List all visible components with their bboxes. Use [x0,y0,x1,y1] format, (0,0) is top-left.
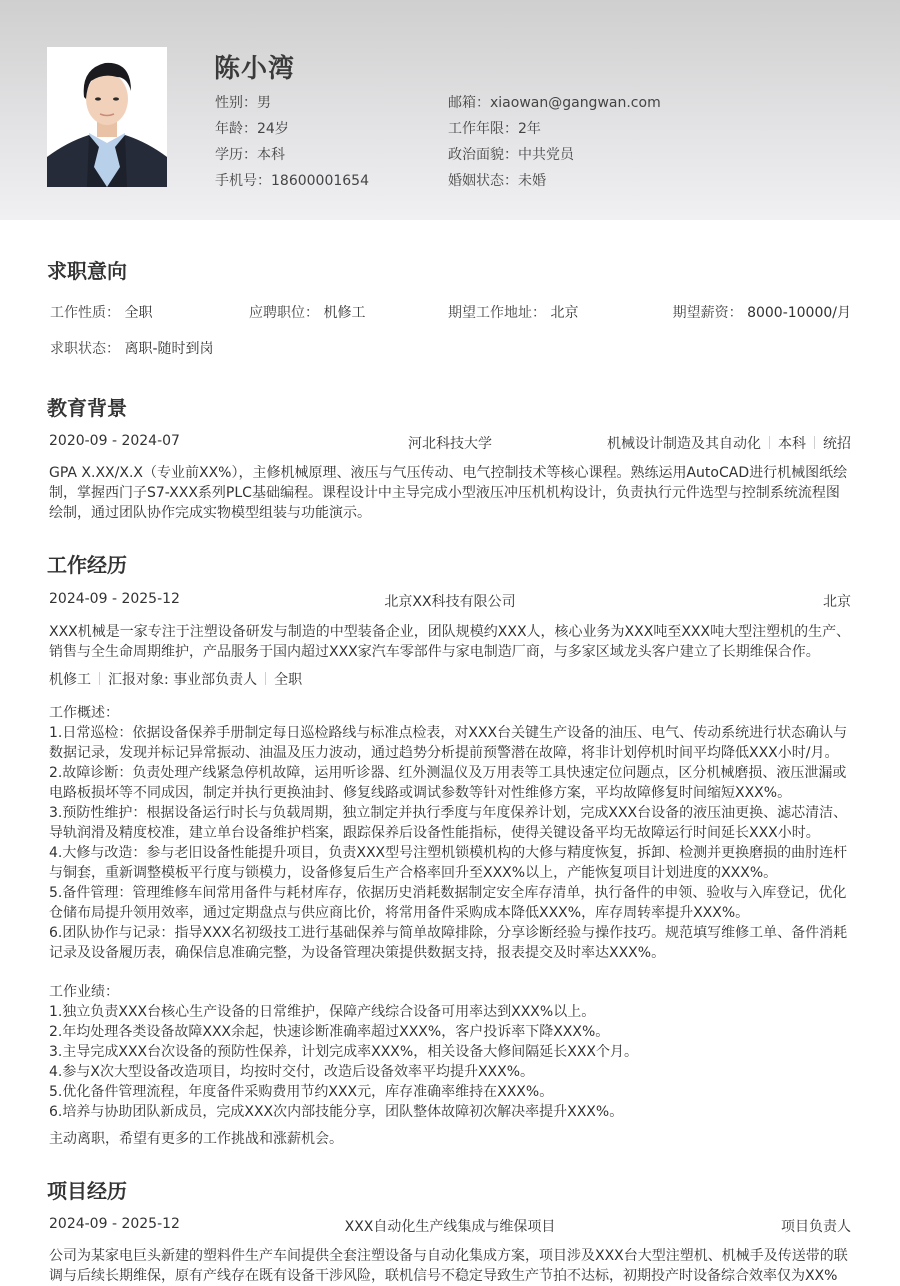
work-tag-report-to: 汇报对象: 事业部负责人 [108,672,257,688]
info-label: 婚姻状态： [448,173,518,189]
info-value: 2年 [518,121,541,137]
achievements-label: 工作业绩： [49,982,853,1002]
info-label: 年龄： [215,121,257,137]
project-row: 2024-09 - 2025-12 XXX自动化生产线集成与维保项目 项目负责人 [49,1216,851,1236]
field-label: 应聘职位： [249,305,319,321]
divider [769,436,770,449]
job-position: 应聘职位： 机修工 [249,302,365,322]
resume-header: 陈小湾 性别：男 年龄：24岁 学历：本科 手机号：18600001654 邮箱… [0,0,900,220]
education-row: 2020-09 - 2024-07 河北科技大学 机械设计制造及其自动化本科统招 [49,433,851,453]
info-gender: 性别：男 [215,93,369,119]
info-email: 邮箱：xiaowan@gangwan.com [448,93,661,119]
info-label: 工作年限： [448,121,518,137]
job-location: 期望工作地址： 北京 [448,302,578,322]
section-title-project: 项目经历 [47,1175,127,1204]
overview-item: 6.团队协作与记录：指导XXX名初级技工进行基础保养与简单故障排除，分享诊断经验… [49,923,853,963]
work-location: 北京 [823,591,851,611]
work-row: 2024-09 - 2025-12 北京XX科技有限公司 北京 [49,591,851,611]
field-label: 求职状态： [50,341,120,357]
info-label: 手机号： [215,173,271,189]
education-type: 统招 [823,436,851,452]
job-salary: 期望薪资： 8000-10000/月 [673,302,851,322]
info-label: 政治面貌： [448,147,518,163]
overview-item: 3.预防性维护：根据设备运行时长与负载周期，独立制定并执行季度与年度保养计划，完… [49,803,853,843]
overview-item: 4.大修与改造：参与老旧设备性能提升项目，负责XXX型号注塑机锁模机构的大修与精… [49,843,853,883]
field-label: 工作性质： [50,305,120,321]
achievement-item: 4.参与X次大型设备改造项目，均按时交付，改造后设备效率平均提升XXX%。 [49,1062,853,1082]
project-description: 公司为某家电巨头新建的塑料件生产车间提供全套注塑设备与自动化集成方案，项目涉及X… [49,1246,853,1275]
info-label: 性别： [215,95,257,111]
info-value: 未婚 [518,173,546,189]
field-label: 期望工作地址： [448,305,546,321]
achievement-item: 1.独立负责XXX台核心生产设备的日常维护，保障产线综合设备可用率达到XXX%以… [49,1002,853,1022]
work-tag-role: 机修工 [49,672,91,688]
overview-label: 工作概述： [49,703,853,723]
info-value: 18600001654 [271,173,369,189]
work-company: 北京XX科技有限公司 [49,591,851,611]
section-title-work: 工作经历 [47,549,127,578]
achievement-item: 2.年均处理各类设备故障XXX余起，快速诊断准确率超过XXX%，客户投诉率下降X… [49,1022,853,1042]
achievement-item: 6.培养与协助团队新成员，完成XXX次内部技能分享，团队整体故障初次解决率提升X… [49,1102,853,1122]
person-portrait-icon [47,47,167,187]
info-value: 24岁 [257,121,289,137]
field-value: 离职-随时到岗 [124,341,213,357]
job-status: 求职状态： 离职-随时到岗 [50,338,214,358]
info-phone: 手机号：18600001654 [215,171,369,197]
education-description: GPA X.XX/X.X（专业前XX%），主修机械原理、液压与气压传动、电气控制… [49,463,853,523]
field-label: 期望薪资： [673,305,743,321]
education-major: 机械设计制造及其自动化 [607,436,761,452]
field-value: 北京 [550,305,578,321]
info-education: 学历：本科 [215,145,369,171]
info-marital-status: 婚姻状态：未婚 [448,171,661,197]
field-value: 8000-10000/月 [747,305,851,321]
education-degree: 本科 [778,436,806,452]
field-value: 全职 [124,305,152,321]
job-type: 工作性质： 全职 [50,302,152,322]
divider [99,672,100,685]
company-intro: XXX机械是一家专注于注塑设备研发与制造的中型装备企业，团队规模约XXX人，核心… [49,622,853,662]
education-details: 机械设计制造及其自动化本科统招 [607,433,851,453]
candidate-name: 陈小湾 [214,48,295,85]
info-work-years: 工作年限：2年 [448,119,661,145]
section-title-education: 教育背景 [47,392,127,421]
info-value: 本科 [257,147,285,163]
overview-item: 1.日常巡检：依据设备保养手册制定每日巡检路线与标准点检表，对XXX台关键生产设… [49,723,853,763]
info-value: 男 [257,95,271,111]
overview-item: 2.故障诊断：负责处理产线紧急停机故障，运用听诊器、红外测温仪及万用表等工具快速… [49,763,853,803]
work-achievements: 工作业绩： 1.独立负责XXX台核心生产设备的日常维护，保障产线综合设备可用率达… [49,982,853,1122]
work-overview: 工作概述： 1.日常巡检：依据设备保养手册制定每日巡检路线与标准点检表，对XXX… [49,703,853,963]
info-label: 学历： [215,147,257,163]
field-value: 机修工 [323,305,365,321]
info-label: 邮箱： [448,95,490,111]
info-value: xiaowan@gangwan.com [490,95,661,111]
work-tag-type: 全职 [274,672,302,688]
leave-reason: 主动离职，希望有更多的工作挑战和涨薪机会。 [49,1129,853,1149]
basic-info-left: 性别：男 年龄：24岁 学历：本科 手机号：18600001654 [215,93,369,197]
info-value: 中共党员 [518,147,574,163]
divider [265,672,266,685]
info-political-status: 政治面貌：中共党员 [448,145,661,171]
work-tags: 机修工汇报对象: 事业部负责人全职 [49,669,302,689]
project-name: XXX自动化生产线集成与维保项目 [49,1216,851,1236]
section-title-job-intention: 求职意向 [47,255,127,284]
overview-item: 5.备件管理：管理维修车间常用备件与耗材库存，依据历史消耗数据制定安全库存清单，… [49,883,853,923]
basic-info-right: 邮箱：xiaowan@gangwan.com 工作年限：2年 政治面貌：中共党员… [448,93,661,197]
achievement-item: 3.主导完成XXX台次设备的预防性保养，计划完成率XXX%，相关设备大修间隔延长… [49,1042,853,1062]
profile-photo [47,47,167,187]
project-role: 项目负责人 [781,1216,851,1236]
info-age: 年龄：24岁 [215,119,369,145]
divider [814,436,815,449]
achievement-item: 5.优化备件管理流程，年度备件采购费用节约XXX元，库存准确率维持在XXX%。 [49,1082,853,1102]
